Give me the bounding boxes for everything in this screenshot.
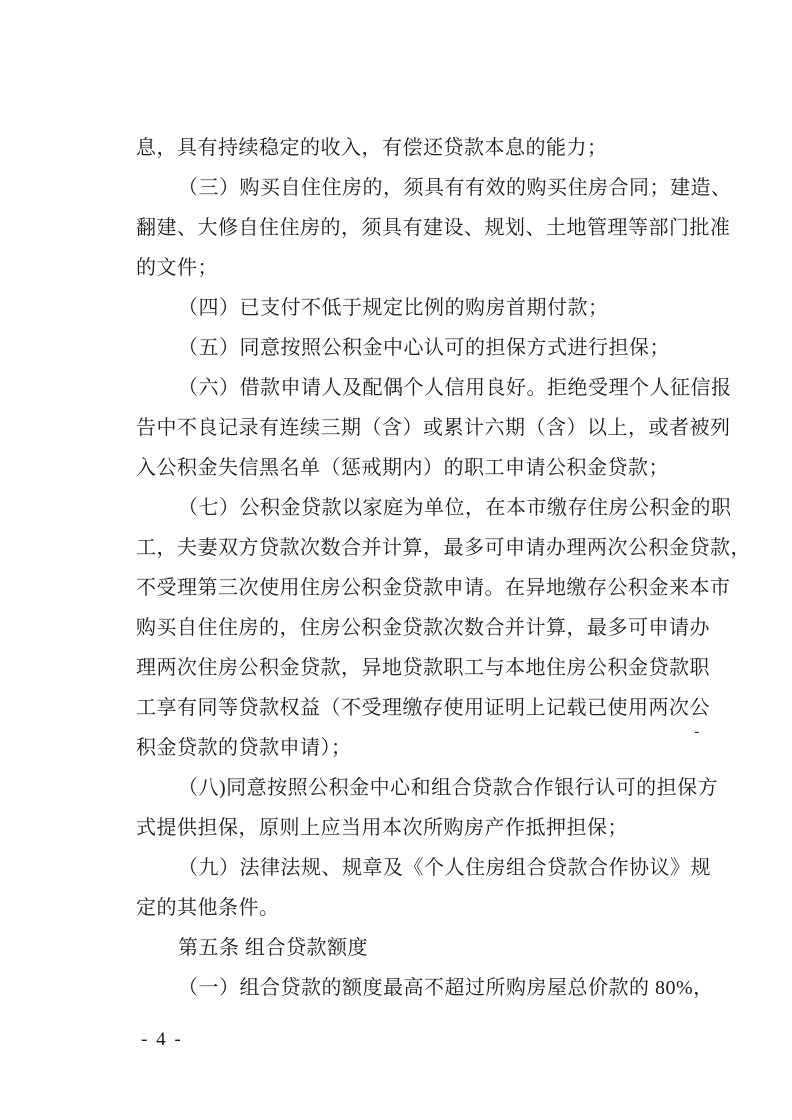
document-page: 息，具有持续稳定的收入，有偿还贷款本息的能力；（三）购买自住住房的，须具有有效的… — [0, 0, 792, 1120]
text-line: 理两次住房公积金贷款，异地贷款职工与本地住房公积金贷款职 — [136, 648, 722, 688]
text-line: （三）购买自住住房的，须具有有效的购买住房合同；建造、 — [136, 168, 722, 208]
text-line: 入公积金失信黑名单（惩戒期内）的职工申请公积金贷款； — [136, 448, 722, 488]
text-line: 翻建、大修自住住房的，须具有建设、规划、土地管理等部门批准 — [136, 208, 722, 248]
text-line: 息，具有持续稳定的收入，有偿还贷款本息的能力； — [136, 128, 722, 168]
text-line: （七）公积金贷款以家庭为单位，在本市缴存住房公积金的职 — [136, 488, 722, 528]
text-line: （五）同意按照公积金中心认可的担保方式进行担保； — [136, 328, 722, 368]
text-line: 积金贷款的贷款申请）； — [136, 728, 722, 768]
text-line: （八)同意按照公积金中心和组合贷款合作银行认可的担保方 — [136, 768, 722, 808]
text-line: 的文件； — [136, 248, 722, 288]
document-body: 息，具有持续稳定的收入，有偿还贷款本息的能力；（三）购买自住住房的，须具有有效的… — [136, 128, 722, 1008]
page-number: - 4 - — [141, 1029, 183, 1051]
text-line: 工享有同等贷款权益（不受理缴存使用证明上记载已使用两次公 — [136, 688, 722, 728]
text-line: 购买自住住房的，住房公积金贷款次数合并计算，最多可申请办 — [136, 608, 722, 648]
section-heading: 第五条 组合贷款额度 — [136, 928, 722, 968]
text-line: 式提供担保，原则上应当用本次所购房产作抵押担保； — [136, 808, 722, 848]
text-line: 工，夫妻双方贷款次数合并计算，最多可申请办理两次公积金贷款， — [136, 528, 722, 568]
text-line: 告中不良记录有连续三期（含）或累计六期（含）以上，或者被列 — [136, 408, 722, 448]
text-line: 不受理第三次使用住房公积金贷款申请。在异地缴存公积金来本市 — [136, 568, 722, 608]
text-line: 定的其他条件。 — [136, 888, 722, 928]
text-line: （一）组合贷款的额度最高不超过所购房屋总价款的 80%， — [136, 968, 722, 1008]
scan-artifact-dash: - — [694, 722, 699, 742]
text-line: （四）已支付不低于规定比例的购房首期付款； — [136, 288, 722, 328]
text-line: （九）法律法规、规章及《个人住房组合贷款合作协议》规 — [136, 848, 722, 888]
text-line: （六）借款申请人及配偶个人信用良好。拒绝受理个人征信报 — [136, 368, 722, 408]
